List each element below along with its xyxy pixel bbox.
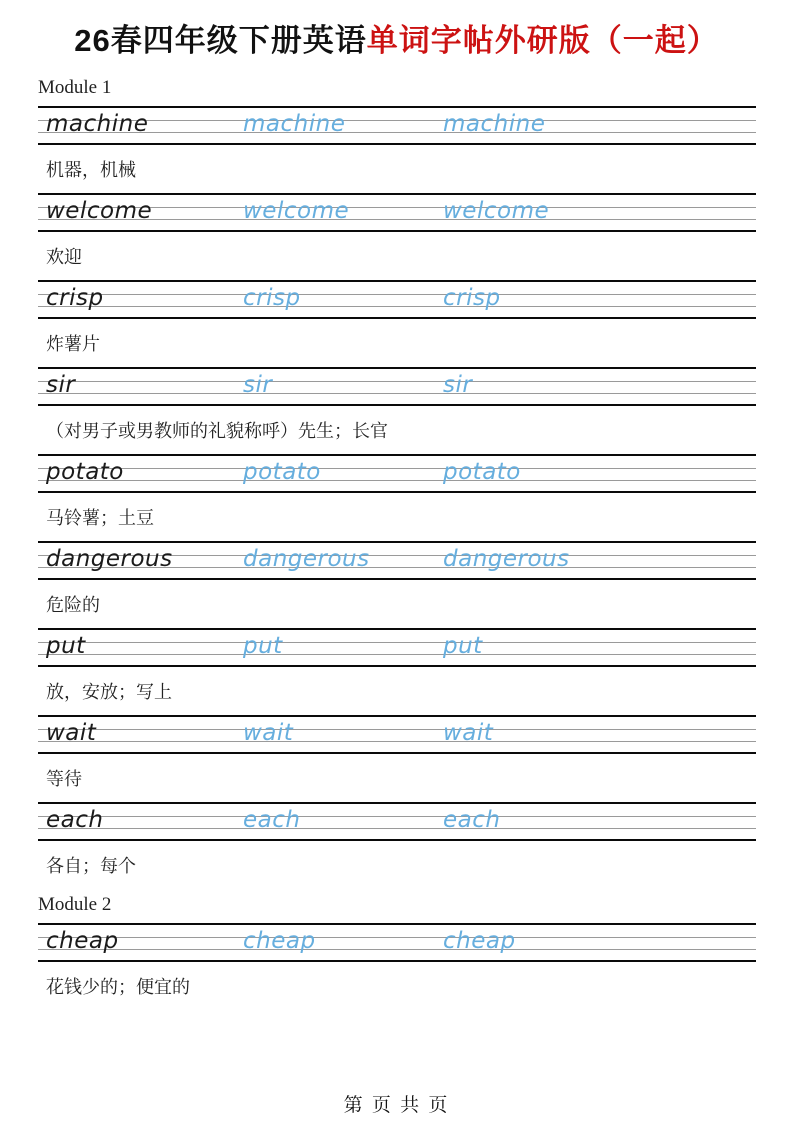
word-meaning: 危险的 <box>46 592 100 618</box>
writing-guide-band: sir sir sir <box>38 367 756 406</box>
guide-line-upper-mid <box>38 468 756 469</box>
guide-line-top <box>38 628 756 630</box>
entries-area: Module 1 machine machine machine 机器，机械 w… <box>0 72 793 1010</box>
guide-line-top <box>38 367 756 369</box>
guide-line-top <box>38 280 756 282</box>
guide-line-upper-mid <box>38 729 756 730</box>
copybook-page: 26春四年级下册英语单词字帖外研版（一起） Module 1 machine m… <box>0 0 793 1122</box>
word-meaning: 机器，机械 <box>46 157 136 183</box>
word-trace-2: welcome <box>443 193 549 230</box>
word-entry: put put put 放，安放；写上 <box>38 628 756 715</box>
word-meaning: （对男子或男教师的礼貌称呼）先生；长官 <box>46 418 388 444</box>
title-text-black: 26春四年级下册英语 <box>74 23 366 58</box>
guide-line-bottom <box>38 578 756 580</box>
writing-guide-band: put put put <box>38 628 756 667</box>
word-trace-2: dangerous <box>443 541 570 578</box>
guide-line-upper-mid <box>38 816 756 817</box>
word-sample: machine <box>46 106 148 143</box>
word-meaning: 炸薯片 <box>46 331 100 357</box>
word-entry: each each each 各自；每个 <box>38 802 756 889</box>
word-entry: machine machine machine 机器，机械 <box>38 106 756 193</box>
word-trace-2: machine <box>443 106 545 143</box>
writing-guide-band: welcome welcome welcome <box>38 193 756 232</box>
word-trace-2: potato <box>443 454 521 491</box>
word-sample: each <box>46 802 103 839</box>
word-entry: crisp crisp crisp 炸薯片 <box>38 280 756 367</box>
word-sample: put <box>46 628 86 665</box>
guide-line-top <box>38 715 756 717</box>
word-trace-1: each <box>243 802 300 839</box>
word-trace-1: welcome <box>243 193 349 230</box>
module-label: Module 1 <box>38 72 756 106</box>
guide-line-upper-mid <box>38 294 756 295</box>
word-meaning: 花钱少的；便宜的 <box>46 974 190 1000</box>
word-trace-2: wait <box>443 715 493 752</box>
writing-guide-band: cheap cheap cheap <box>38 923 756 962</box>
writing-guide-band: potato potato potato <box>38 454 756 493</box>
word-trace-2: each <box>443 802 500 839</box>
word-sample: wait <box>46 715 96 752</box>
guide-line-baseline <box>38 828 756 829</box>
writing-guide-band: dangerous dangerous dangerous <box>38 541 756 580</box>
writing-guide-band: machine machine machine <box>38 106 756 145</box>
guide-line-bottom <box>38 230 756 232</box>
word-sample: welcome <box>46 193 152 230</box>
word-entry: dangerous dangerous dangerous 危险的 <box>38 541 756 628</box>
word-trace-1: sir <box>243 367 272 404</box>
page-footer: 第 页 共 页 <box>0 1090 793 1117</box>
guide-line-bottom <box>38 317 756 319</box>
word-sample: dangerous <box>46 541 173 578</box>
guide-line-upper-mid <box>38 937 756 938</box>
guide-line-bottom <box>38 143 756 145</box>
word-entry: potato potato potato 马铃薯；土豆 <box>38 454 756 541</box>
title-text-red: 单词字帖外研版（一起） <box>367 23 719 58</box>
guide-line-top <box>38 923 756 925</box>
word-entry: sir sir sir （对男子或男教师的礼貌称呼）先生；长官 <box>38 367 756 454</box>
guide-line-top <box>38 454 756 456</box>
word-meaning: 欢迎 <box>46 244 82 270</box>
writing-guide-band: each each each <box>38 802 756 841</box>
word-trace-1: put <box>243 628 283 665</box>
page-title: 26春四年级下册英语单词字帖外研版（一起） <box>0 0 793 72</box>
guide-line-bottom <box>38 404 756 406</box>
word-trace-1: potato <box>243 454 321 491</box>
guide-line-top <box>38 802 756 804</box>
guide-line-baseline <box>38 654 756 655</box>
word-trace-1: wait <box>243 715 293 752</box>
word-trace-1: crisp <box>243 280 301 317</box>
guide-line-bottom <box>38 960 756 962</box>
writing-guide-band: wait wait wait <box>38 715 756 754</box>
guide-line-bottom <box>38 839 756 841</box>
word-entry: cheap cheap cheap 花钱少的；便宜的 <box>38 923 756 1010</box>
word-entry: wait wait wait 等待 <box>38 715 756 802</box>
guide-line-baseline <box>38 306 756 307</box>
guide-line-baseline <box>38 949 756 950</box>
word-sample: potato <box>46 454 124 491</box>
guide-line-baseline <box>38 741 756 742</box>
word-sample: cheap <box>46 923 119 960</box>
guide-line-baseline <box>38 393 756 394</box>
writing-guide-band: crisp crisp crisp <box>38 280 756 319</box>
word-meaning: 各自；每个 <box>46 853 136 879</box>
word-meaning: 马铃薯；土豆 <box>46 505 154 531</box>
guide-line-bottom <box>38 665 756 667</box>
guide-line-upper-mid <box>38 642 756 643</box>
word-trace-1: machine <box>243 106 345 143</box>
word-trace-2: cheap <box>443 923 516 960</box>
guide-line-bottom <box>38 491 756 493</box>
word-meaning: 放，安放；写上 <box>46 679 172 705</box>
guide-line-baseline <box>38 480 756 481</box>
word-sample: crisp <box>46 280 104 317</box>
module-label: Module 2 <box>38 889 756 923</box>
word-trace-1: dangerous <box>243 541 370 578</box>
word-trace-1: cheap <box>243 923 316 960</box>
word-entry: welcome welcome welcome 欢迎 <box>38 193 756 280</box>
word-meaning: 等待 <box>46 766 82 792</box>
word-sample: sir <box>46 367 75 404</box>
word-trace-2: sir <box>443 367 472 404</box>
word-trace-2: crisp <box>443 280 501 317</box>
word-trace-2: put <box>443 628 483 665</box>
guide-line-upper-mid <box>38 381 756 382</box>
guide-line-bottom <box>38 752 756 754</box>
